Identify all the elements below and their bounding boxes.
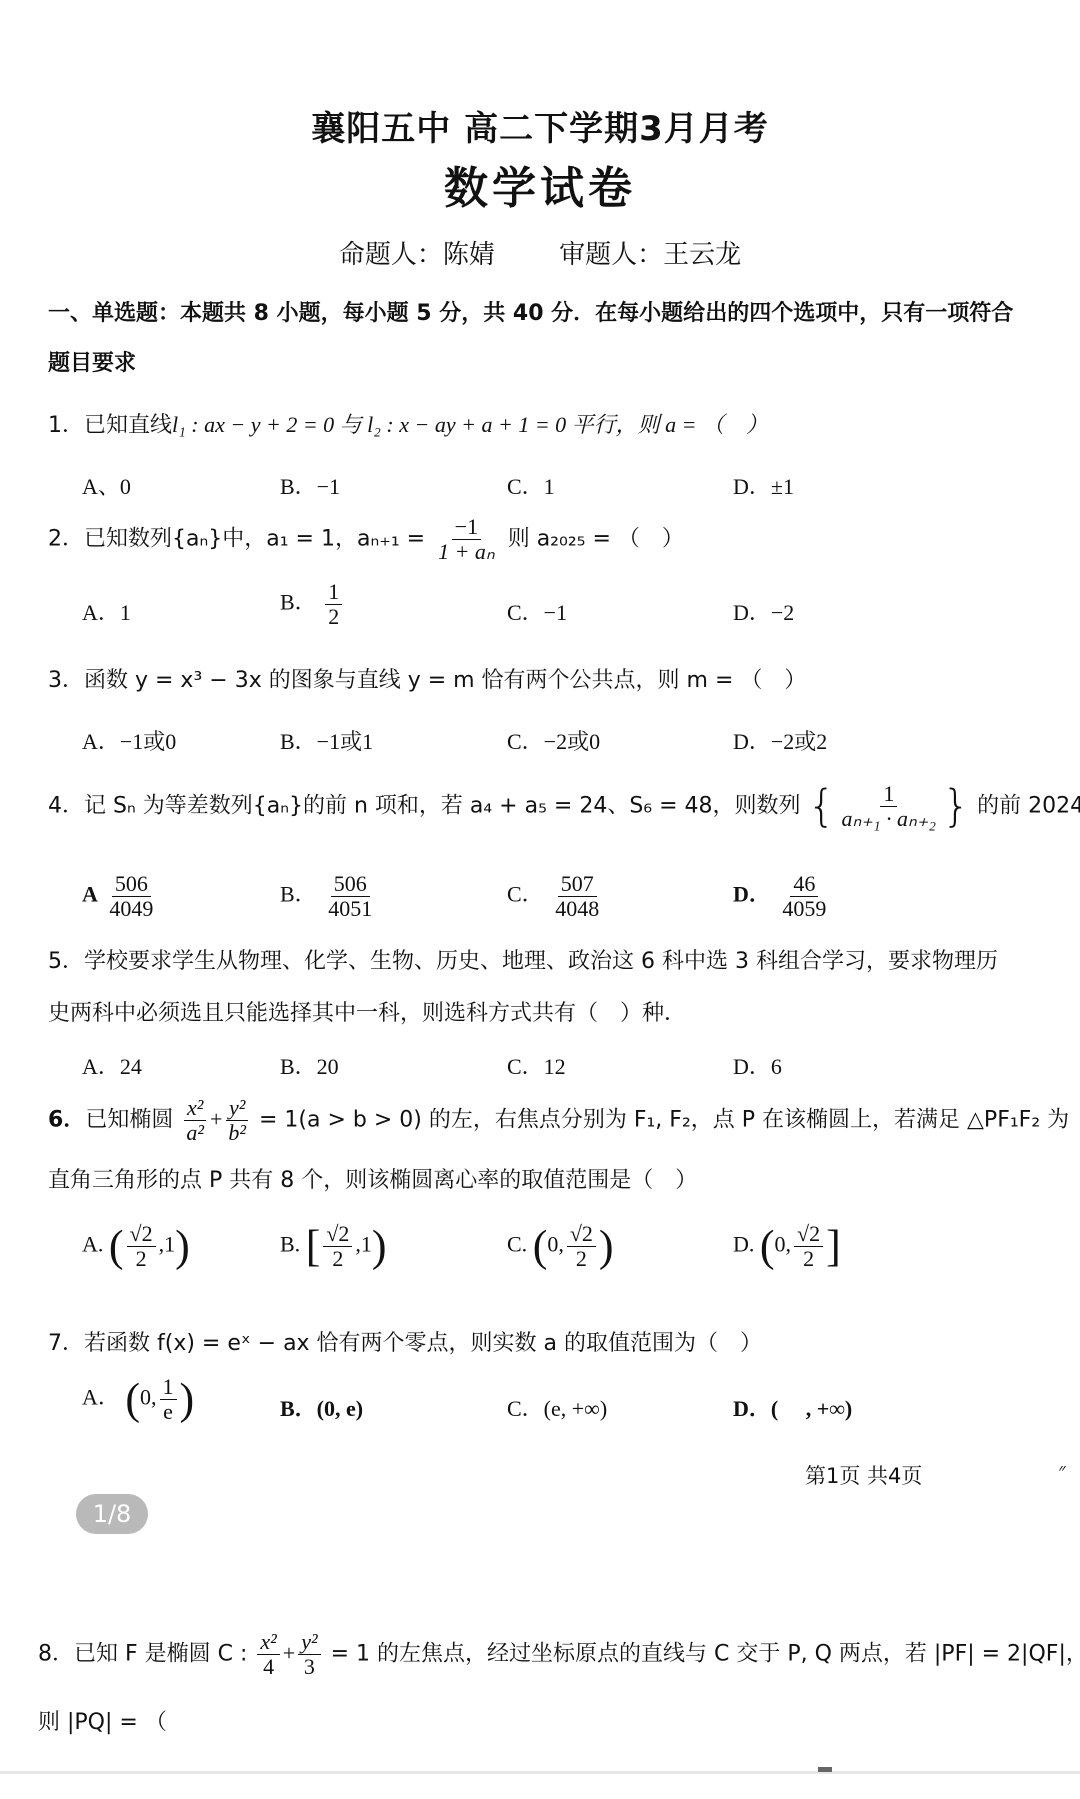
option-6a[interactable]: A. (√22,1) (82, 1222, 190, 1271)
numerator: 1 (325, 580, 342, 605)
fraction: −11 + aₙ (435, 515, 498, 564)
brace-close: } (942, 781, 970, 832)
numerator: x² (184, 1096, 206, 1121)
question-text: 若函数 f(x) = eˣ − ax 恰有两个零点，则实数 a 的取值范围为（ … (84, 1331, 762, 1356)
option-label: D． (733, 882, 771, 907)
fraction: 1aₙ₊₁ · aₙ₊₂ (839, 782, 940, 831)
option-2b[interactable]: B． 12 (280, 580, 345, 629)
option-1b[interactable]: B．−1 (280, 470, 340, 501)
option-2a[interactable]: A．1 (82, 596, 131, 627)
denominator: 2 (329, 1247, 346, 1271)
fraction: 5074048 (552, 872, 602, 921)
denominator: 2 (800, 1247, 817, 1271)
option-label: C． (507, 882, 544, 907)
option-1c[interactable]: C．1 (507, 470, 555, 501)
question-8: 8．已知 F 是椭圆 C : x²4+y²3 = 1 的左焦点，经过坐标原点的直… (38, 1630, 1080, 1679)
option-label: A． (82, 1385, 120, 1410)
option-3d[interactable]: D．−2或2 (733, 725, 827, 756)
question-text-mid: = 1 的左焦点，经过坐标原点的直线与 C 交于 P, Q 两点，若 |PF| … (331, 1642, 1080, 1667)
scan-artifact-mark: ״ (1058, 1460, 1066, 1483)
question-8-cont: 则 |PQ| = （ (38, 1705, 167, 1736)
fraction: √22 (323, 1222, 352, 1271)
denominator: 4 (260, 1655, 277, 1679)
denominator: 2 (325, 605, 342, 629)
scan-artifact (818, 1767, 832, 1772)
fraction-y2-3: y²3 (298, 1630, 320, 1679)
interval-open: [ (306, 1222, 321, 1271)
question-7: 7．若函数 f(x) = eˣ − ax 恰有两个零点，则实数 a 的取值范围为… (48, 1326, 762, 1357)
fraction: √22 (567, 1222, 596, 1271)
interval-open: ( (125, 1375, 140, 1424)
interval-open: ( (760, 1222, 775, 1271)
option-7a[interactable]: A． (0,1e) (82, 1375, 194, 1424)
option-4c[interactable]: C． 5074048 (507, 872, 605, 921)
option-label: A (82, 882, 98, 907)
question-text: 已知椭圆 (85, 1108, 173, 1133)
fraction-y2-b2: y²b² (225, 1096, 249, 1145)
option-6d[interactable]: D. (0,√22] (733, 1222, 841, 1271)
fraction: 12 (325, 580, 342, 629)
denominator: 4049 (106, 897, 156, 921)
question-tail: 则 a₂₀₂₅ = （ ） (508, 527, 684, 552)
question-text: 已知 F 是椭圆 C : (74, 1642, 247, 1667)
option-7d[interactable]: D．( , +∞) (733, 1392, 852, 1423)
question-number: 5． (48, 949, 84, 974)
question-tail: 的前 2024 项和为（ ） (977, 794, 1080, 819)
option-label: D. (733, 1232, 754, 1257)
option-5b[interactable]: B．20 (280, 1050, 339, 1081)
numerator: y² (298, 1630, 320, 1655)
option-6c[interactable]: C. (0,√22) (507, 1222, 614, 1271)
option-label: C. (507, 1232, 527, 1257)
interval-right: 1 (361, 1232, 372, 1257)
option-5c[interactable]: C．12 (507, 1050, 566, 1081)
question-formula: l₁ : ax − y + 2 = 0 与 l₂ : x − ay + a + … (172, 412, 768, 437)
question-3: 3．函数 y = x³ − 3x 的图象与直线 y = m 恰有两个公共点，则 … (48, 663, 806, 694)
brace-open: { (808, 781, 836, 832)
fraction: 5064049 (106, 872, 156, 921)
question-5-cont: 史两科中必须选且只能选择其中一科，则选科方式共有（ ）种． (48, 996, 686, 1027)
interval-close: ) (175, 1222, 190, 1271)
author-label: 命题人：陈婧 (339, 240, 495, 270)
question-text: 学校要求学生从物理、化学、生物、历史、地理、政治这 6 科中选 3 科组合学习，… (84, 949, 998, 974)
interval-right: 1 (164, 1232, 175, 1257)
denominator: e (160, 1400, 176, 1424)
reviewer-label: 审题人：王云龙 (559, 240, 741, 270)
question-number: 4． (48, 794, 84, 819)
section-instructions: 一、单选题：本题共 8 小题，每小题 5 分，共 40 分．在每小题给出的四个选… (48, 296, 1013, 327)
interval-left: 0 (547, 1232, 558, 1257)
numerator: −1 (452, 515, 481, 540)
interval-open: ( (533, 1222, 548, 1271)
question-1: 1．已知直线l₁ : ax − y + 2 = 0 与 l₂ : x − ay … (48, 408, 768, 439)
option-2d[interactable]: D．−2 (733, 596, 794, 627)
option-label: B． (280, 882, 317, 907)
question-number: 3． (48, 668, 84, 693)
denominator: 2 (573, 1247, 590, 1271)
numerator: 507 (558, 872, 597, 897)
fraction: 1e (160, 1375, 177, 1424)
option-4a[interactable]: A 5064049 (82, 872, 159, 921)
option-3b[interactable]: B．−1或1 (280, 725, 373, 756)
interval-close: ) (372, 1222, 387, 1271)
option-5d[interactable]: D．6 (733, 1050, 782, 1081)
numerator: 506 (331, 872, 370, 897)
numerator: x² (257, 1630, 279, 1655)
question-6-cont: 直角三角形的点 P 共有 8 个，则该椭圆离心率的取值范围是（ ） (48, 1163, 697, 1194)
numerator: √2 (794, 1222, 823, 1247)
interval-close: ] (826, 1222, 841, 1271)
numerator: √2 (567, 1222, 596, 1247)
page-divider (0, 1771, 1080, 1774)
fraction: √22 (127, 1222, 156, 1271)
denominator: b² (225, 1121, 249, 1145)
question-text: 已知直线 (84, 413, 172, 438)
option-6b[interactable]: B. [√22,1) (280, 1222, 387, 1271)
numerator: 1 (880, 782, 897, 807)
denominator: a² (183, 1121, 207, 1145)
fraction: 5064051 (325, 872, 375, 921)
fraction-x2-4: x²4 (257, 1630, 279, 1679)
section-instructions-cont: 题目要求 (48, 346, 136, 377)
fraction: 464059 (779, 872, 829, 921)
question-2: 2．已知数列{aₙ}中，a₁ = 1，aₙ₊₁ = −11 + aₙ 则 a₂₀… (48, 515, 684, 564)
interval-left: 0 (775, 1232, 786, 1257)
denominator: 2 (133, 1247, 150, 1271)
option-label: B． (280, 590, 317, 615)
numerator: y² (226, 1096, 248, 1121)
option-4d[interactable]: D． 464059 (733, 872, 832, 921)
question-text: 已知数列{aₙ}中，a₁ = 1，aₙ₊₁ = (84, 527, 425, 552)
school-exam-title: 襄阳五中 高二下学期3月月考 (0, 101, 1080, 150)
denominator: 4051 (325, 897, 375, 921)
numerator: √2 (127, 1222, 156, 1247)
question-text: 函数 y = x³ − 3x 的图象与直线 y = m 恰有两个公共点，则 m … (84, 668, 806, 693)
option-label: A. (82, 1232, 103, 1257)
question-number: 1． (48, 413, 84, 438)
option-7c[interactable]: C．(e, +∞) (507, 1392, 607, 1423)
question-text-mid: = 1(a > b > 0) 的左，右焦点分别为 F₁, F₂，点 P 在该椭圆… (259, 1108, 1069, 1133)
denominator: 4059 (779, 897, 829, 921)
question-6: 6．已知椭圆 x²a²+y²b² = 1(a > b > 0) 的左，右焦点分别… (48, 1096, 1069, 1145)
question-5: 5．学校要求学生从物理、化学、生物、历史、地理、政治这 6 科中选 3 科组合学… (48, 944, 998, 975)
interval-left: 0 (140, 1385, 151, 1410)
page-footer: 第1页 共4页 (805, 1460, 922, 1490)
question-number: 8． (38, 1642, 74, 1667)
numerator: 506 (112, 872, 151, 897)
question-number: 2． (48, 527, 84, 552)
denominator: 1 + aₙ (435, 540, 498, 564)
option-label: B. (280, 1232, 300, 1257)
numerator: 46 (790, 872, 818, 897)
numerator: 1 (160, 1375, 177, 1400)
interval-close: ) (599, 1222, 614, 1271)
question-number: 6． (48, 1108, 85, 1133)
subject-title: 数学试卷 (0, 152, 1080, 216)
denominator: aₙ₊₁ · aₙ₊₂ (839, 807, 940, 831)
question-text: 记 Sₙ 为等差数列{aₙ}的前 n 项和，若 a₄ + a₅ = 24、S₆ … (84, 794, 801, 819)
option-4b[interactable]: B． 5064051 (280, 872, 378, 921)
interval-open: ( (109, 1222, 124, 1271)
option-1a[interactable]: A、0 (82, 470, 131, 501)
denominator: 3 (301, 1655, 318, 1679)
option-2c[interactable]: C．−1 (507, 596, 567, 627)
numerator: √2 (323, 1222, 352, 1247)
option-7b[interactable]: B．(0, e) (280, 1392, 363, 1423)
authors-line: 命题人：陈婧 审题人：王云龙 (0, 234, 1080, 271)
option-5a[interactable]: A．24 (82, 1050, 142, 1081)
interval-close: ) (180, 1375, 195, 1424)
denominator: 4048 (552, 897, 602, 921)
option-3a[interactable]: A．−1或0 (82, 725, 176, 756)
option-1d[interactable]: D．±1 (733, 470, 794, 501)
question-number: 7． (48, 1331, 84, 1356)
viewer-page-indicator: 1/8 (76, 1494, 148, 1534)
fraction: √22 (794, 1222, 823, 1271)
fraction-x2-a2: x²a² (183, 1096, 207, 1145)
option-3c[interactable]: C．−2或0 (507, 725, 600, 756)
question-4: 4．记 Sₙ 为等差数列{aₙ}的前 n 项和，若 a₄ + a₅ = 24、S… (48, 782, 1080, 831)
